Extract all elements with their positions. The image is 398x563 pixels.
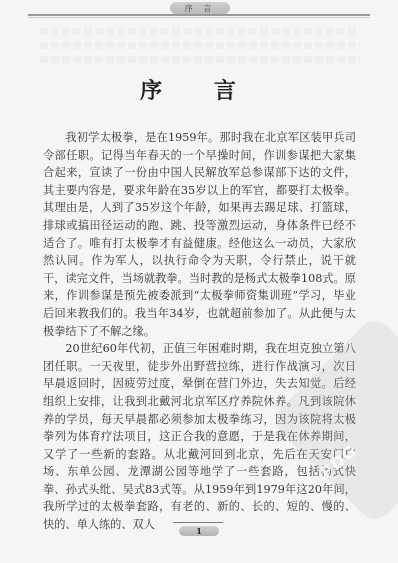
book-page: 序 言 序 言 我初学太极拳，是在1959年。那时我在北京军区装甲兵司令部任职。… [0, 0, 398, 563]
running-header-label: 序 言 [185, 3, 216, 14]
bleed-through-text [40, 28, 360, 70]
page-title: 序 言 [0, 74, 398, 105]
bleed-line [40, 28, 360, 35]
bleed-line [40, 42, 360, 49]
footer-rule [173, 522, 223, 523]
bleed-line [40, 56, 360, 63]
page-number: 1 [196, 526, 202, 536]
body-text: 我初学太极拳，是在1959年。那时我在北京军区装甲兵司令部任职。记得当年春天的一… [43, 129, 356, 534]
header-rule [28, 14, 370, 16]
paragraph: 20世纪60年代初，正值三年困难时期，我在坦克独立第八团任职。一天夜里，徒步外出… [43, 340, 356, 534]
page-number-badge: 1 [179, 526, 219, 536]
header-rule-thin [28, 17, 370, 18]
running-header-badge: 序 言 [170, 2, 230, 14]
paragraph: 我初学太极拳，是在1959年。那时我在北京军区装甲兵司令部任职。记得当年春天的一… [43, 129, 356, 340]
